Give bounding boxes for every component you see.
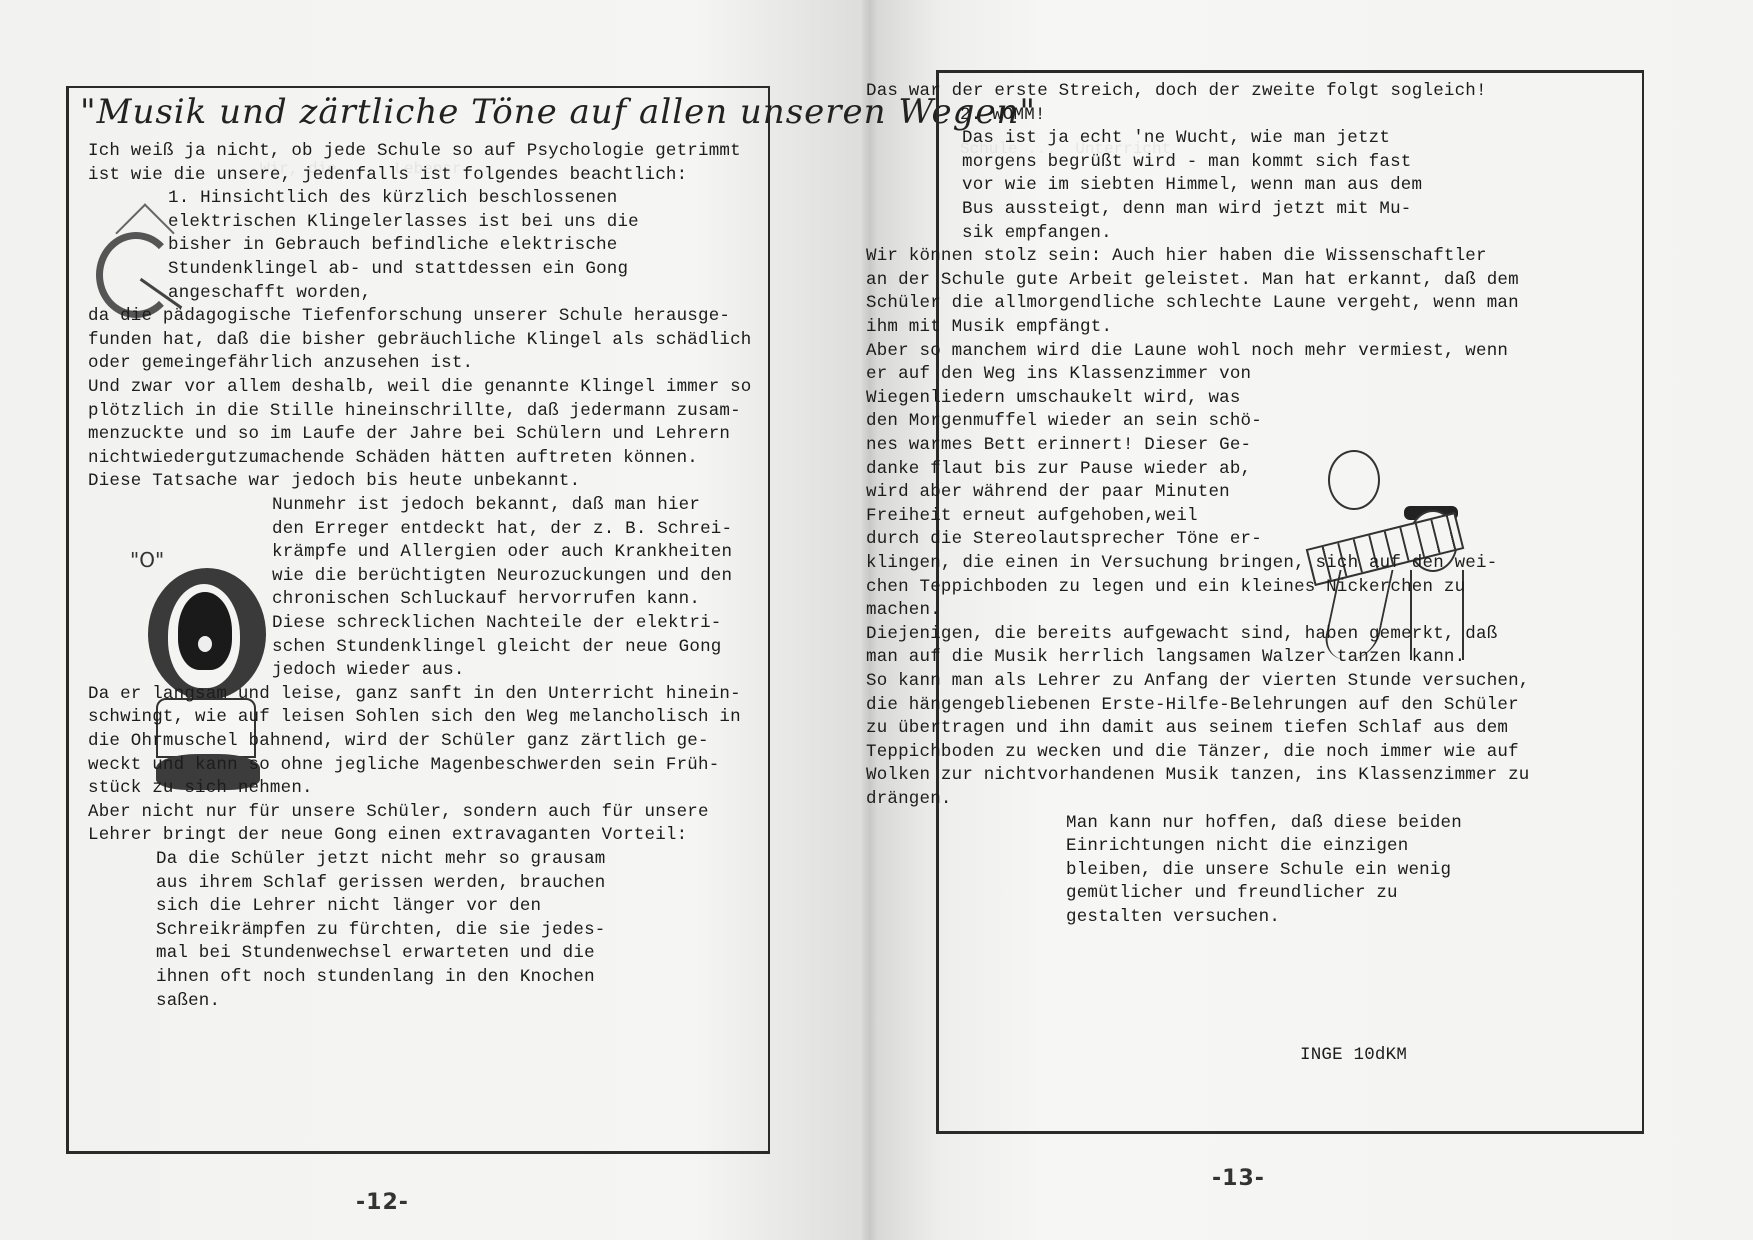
text-line: Aber nicht nur für unsere Schüler, sonde… — [88, 799, 709, 825]
text-line: plötzlich in die Stille hineinschrillte,… — [88, 398, 741, 424]
text-line: Das ist ja echt 'ne Wucht, wie man jetzt — [962, 125, 1390, 151]
text-line: schen Stundenklingel gleicht der neue Go… — [272, 634, 721, 660]
figure-head-icon — [1328, 450, 1380, 510]
text-line: an der Schule gute Arbeit geleistet. Man… — [866, 267, 1519, 293]
text-line: mal bei Stundenwechsel erwarteten und di… — [156, 940, 595, 966]
text-line: wie die berüchtigten Neurozuckungen und … — [272, 563, 732, 589]
text-line: Diejenigen, die bereits aufgewacht sind,… — [866, 621, 1497, 647]
text-line: Wolken zur nichtvorhandenen Musik tanzen… — [866, 762, 1530, 788]
text-line: Schüler die allmorgendliche schlechte La… — [866, 290, 1519, 316]
text-line: oder gemeingefährlich anzusehen ist. — [88, 350, 473, 376]
text-line: Da die Schüler jetzt nicht mehr so graus… — [156, 846, 605, 872]
text-line: den Morgenmuffel wieder an sein schö- — [866, 408, 1262, 434]
text-line: Diese Tatsache war jedoch bis heute unbe… — [88, 468, 580, 494]
text-line: Wiegenliedern umschaukelt wird, was — [866, 385, 1241, 411]
text-line: den Erreger entdeckt hat, der z. B. Schr… — [272, 516, 732, 542]
text-line: Und zwar vor allem deshalb, weil die gen… — [88, 374, 752, 400]
text-line: die Ohrmuschel bahnend, wird der Schüler… — [88, 728, 709, 754]
text-line: wird aber während der paar Minuten — [866, 479, 1230, 505]
text-line: durch die Stereolautsprecher Töne er- — [866, 526, 1262, 552]
text-line: gestalten versuchen. — [1066, 904, 1280, 930]
text-line: Diese schrecklichen Nachteile der elektr… — [272, 610, 721, 636]
text-line: zu übertragen und ihn damit aus seinem t… — [866, 715, 1508, 741]
text-line: sik empfangen. — [962, 220, 1112, 246]
text-line: Aber so manchem wird die Laune wohl noch… — [866, 338, 1508, 364]
text-line: Stundenklingel ab- und stattdessen ein G… — [168, 256, 628, 282]
text-line: angeschafft worden, — [168, 280, 371, 306]
text-line: schwingt, wie auf leisen Sohlen sich den… — [88, 704, 741, 730]
text-line: Lehrer bringt der neue Gong einen extrav… — [88, 822, 687, 848]
text-line: die hängengebliebenen Erste-Hilfe-Belehr… — [866, 692, 1519, 718]
text-line: er auf den Weg ins Klassenzimmer von — [866, 361, 1251, 387]
text-line: krämpfe und Allergien oder auch Krankhei… — [272, 539, 732, 565]
text-line: Schreikrämpfen zu fürchten, die sie jede… — [156, 917, 605, 943]
illustration-caption: "O" — [130, 548, 164, 572]
text-line: da die pädagogische Tiefenforschung unse… — [88, 303, 730, 329]
text-line: Freiheit erneut aufgehoben,weil — [866, 503, 1198, 529]
text-line: Bus aussteigt, denn man wird jetzt mit M… — [962, 196, 1411, 222]
text-line: ist wie die unsere, jedenfalls ist folge… — [88, 162, 687, 188]
magazine-spread: Wir, die ... Lebensr... Schule ... Unter… — [0, 0, 1753, 1240]
text-line: Man kann nur hoffen, daß diese beiden — [1066, 810, 1462, 836]
text-line: So kann man als Lehrer zu Anfang der vie… — [866, 668, 1530, 694]
page-number-right: -13- — [1212, 1166, 1265, 1191]
article-title-handwritten: "Musik und zärtliche Töne auf allen unse… — [80, 92, 770, 132]
text-line: menzuckte und so im Laufe der Jahre bei … — [88, 421, 730, 447]
open-mouth-shape — [178, 592, 232, 670]
text-line: danke flaut bis zur Pause wieder ab, — [866, 456, 1251, 482]
text-line: elektrischen Klingelerlasses ist bei uns… — [168, 209, 639, 235]
text-line: morgens begrüßt wird - man kommt sich fa… — [962, 149, 1411, 175]
mouth-highlight — [198, 636, 212, 652]
text-line: drängen. — [866, 786, 952, 812]
text-line: Einrichtungen nicht die einzigen — [1066, 833, 1408, 859]
page-number-left: -12- — [356, 1190, 409, 1215]
text-line: machen. — [866, 597, 941, 623]
text-line: ihnen oft noch stundenlang in den Knoche… — [156, 964, 595, 990]
text-line: gemütlicher und freundlicher zu — [1066, 880, 1398, 906]
text-line: stück zu sich nehmen. — [88, 775, 313, 801]
text-line: weckt und kann so ohne jegliche Magenbes… — [88, 752, 719, 778]
text-line: bleiben, die unsere Schule ein wenig — [1066, 857, 1451, 883]
text-line: chronischen Schluckauf hervorrufen kann. — [272, 586, 700, 612]
author-signature: INGE 10dKM — [1300, 1042, 1407, 1068]
text-line: jedoch wieder aus. — [272, 657, 465, 683]
text-line: Das war der erste Streich, doch der zwei… — [866, 78, 1487, 104]
text-line: aus ihrem Schlaf gerissen werden, brauch… — [156, 870, 605, 896]
text-line: bisher in Gebrauch befindliche elektrisc… — [168, 232, 617, 258]
text-line: ihm mit Musik empfängt. — [866, 314, 1112, 340]
text-line: Wir können stolz sein: Auch hier haben d… — [866, 243, 1487, 269]
text-line: nichtwiedergutzumachende Schäden hätten … — [88, 445, 698, 471]
text-line: funden hat, daß die bisher gebräuchliche… — [88, 327, 752, 353]
text-line: 2. WOMM! — [960, 102, 1046, 128]
text-line: man auf die Musik herrlich langsamen Wal… — [866, 644, 1465, 670]
text-line: Ich weiß ja nicht, ob jede Schule so auf… — [88, 138, 741, 164]
text-line: chen Teppichboden zu legen und ein klein… — [866, 574, 1465, 600]
text-line: Teppichboden zu wecken und die Tänzer, d… — [866, 739, 1519, 765]
text-line: nes warmes Bett erinnert! Dieser Ge- — [866, 432, 1251, 458]
text-line: Nunmehr ist jedoch bekannt, daß man hier — [272, 492, 700, 518]
text-line: klingen, die einen in Versuchung bringen… — [866, 550, 1497, 576]
text-line: saßen. — [156, 988, 220, 1014]
text-line: 1. Hinsichtlich des kürzlich beschlossen… — [168, 185, 617, 211]
text-line: sich die Lehrer nicht länger vor den — [156, 893, 541, 919]
text-line: vor wie im siebten Himmel, wenn man aus … — [962, 172, 1422, 198]
text-line: Da er langsam und leise, ganz sanft in d… — [88, 681, 741, 707]
